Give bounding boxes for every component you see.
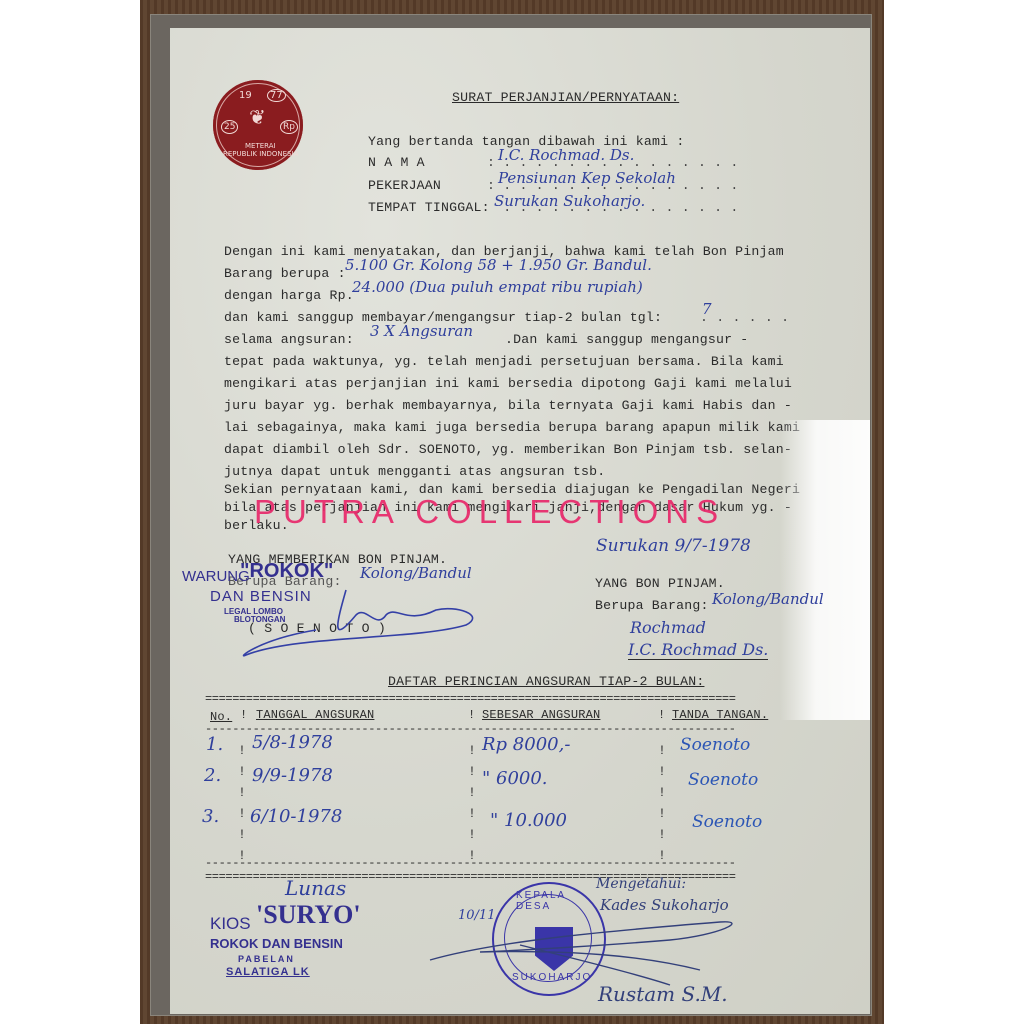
installments-title: DAFTAR PERINCIAN ANGSURAN TIAP-2 BULAN: [388, 674, 704, 689]
row-signature: Soenoto [692, 812, 762, 832]
row-amount: " 6000. [482, 768, 548, 789]
row-signature: Soenoto [680, 735, 750, 755]
kios-signature: Lunas [285, 876, 346, 900]
stamp-text-republik: REPUBLIK INDONESIA [223, 150, 298, 158]
place-date: Surukan 9/7-1978 [596, 536, 751, 556]
borrower-signature: Rochmad [630, 618, 706, 637]
row-no: 3. [202, 806, 219, 827]
row-no: 2. [204, 765, 221, 786]
row-date: 5/8-1978 [252, 732, 333, 753]
col-separator: ! [468, 708, 475, 722]
revenue-stamp-meterai: 19 77 25 Rp ❦ METERAI REPUBLIK INDONESIA [213, 80, 303, 170]
table-rule-top: ========================================… [205, 692, 736, 706]
garuda-emblem-icon: ❦ [249, 105, 266, 129]
body-line-2-label: Barang berupa : [224, 266, 346, 281]
col-separator: ! [240, 708, 247, 722]
field-value-pekerjaan: Pensiunan Kep Sekolah [498, 169, 676, 187]
col-separators: ! ! ! ! ! ! [468, 740, 476, 866]
body-paragraph-line: tepat pada waktunya, yg. telah menjadi p… [224, 354, 784, 369]
stamp-year-right: 77 [267, 89, 286, 102]
stamp-year-left: 19 [239, 90, 252, 101]
body-paragraph-line: juru bayar yg. berhak membayarnya, bila … [224, 398, 792, 413]
watermark: PUTRA COLLECTIONS [254, 493, 725, 531]
kios-label: KIOS [210, 914, 251, 934]
kios-line-3: PABELAN [238, 954, 295, 964]
borrower-goods-label: Berupa Barang: [595, 598, 709, 613]
stamp-currency: Rp [280, 120, 298, 134]
field-label-nama: N A M A [368, 155, 425, 170]
acknowledged-label: Mengetahui: [596, 876, 686, 892]
table-header-signature: TANDA TANGAN. [672, 708, 768, 722]
stamp-value: 25 [221, 120, 238, 134]
body-paragraph-line: lai sebagainya, maka kami juga bersedia … [224, 420, 800, 435]
row-date: 6/10-1978 [250, 806, 342, 827]
row-date: 9/9-1978 [252, 765, 333, 786]
field-dots: . . . . . . [700, 310, 789, 325]
row-amount: " 10.000 [490, 810, 567, 831]
official-name: Rustam S.M. [598, 982, 728, 1006]
row-no: 1. [206, 734, 223, 755]
body-paragraph-line: mengikari atas perjanjian ini kami berse… [224, 376, 792, 391]
row-amount: Rp 8000,- [482, 734, 570, 755]
goods-description: 5.100 Gr. Kolong 58 + 1.950 Gr. Bandul. [345, 256, 652, 274]
stamp-text-meterai: METERAI [245, 142, 276, 150]
kios-line-2: ROKOK DAN BENSIN [210, 936, 343, 951]
price-value: 24.000 (Dua puluh empat ribu rupiah) [352, 278, 643, 296]
table-header-date: TANGGAL ANGSURAN [256, 708, 374, 722]
borrower-goods-value: Kolong/Bandul [712, 590, 824, 608]
warung-stamp-brand: "ROKOK" [240, 560, 333, 583]
body-paragraph-line: jutnya dapat untuk mengganti atas angsur… [224, 464, 605, 479]
borrower-name: I.C. Rochmad Ds. [628, 640, 768, 660]
col-separators: ! ! ! ! ! ! [238, 740, 246, 866]
col-separator: ! [658, 708, 665, 722]
lender-goods-value: Kolong/Bandul [360, 564, 472, 582]
field-label-tempat-tinggal: TEMPAT TINGGAL: [368, 200, 490, 215]
kios-brand: 'SURYO' [256, 900, 361, 930]
table-rule-middle: ----------------------------------------… [205, 856, 736, 870]
row-signature: Soenoto [688, 770, 758, 790]
field-label-pekerjaan: PEKERJAAN [368, 178, 441, 193]
installment-count-value: 3 X Angsuran [370, 322, 473, 340]
body-paragraph-line: dapat diambil oleh Sdr. SOENOTO, yg. mem… [224, 442, 792, 457]
document-title: SURAT PERJANJIAN/PERNYATAAN: [452, 90, 679, 105]
borrower-title: YANG BON PINJAM. [595, 576, 725, 591]
field-value-tempat-tinggal: Surukan Sukoharjo. [494, 192, 645, 210]
body-line-5-label: selama angsuran: [224, 332, 354, 347]
col-separators: ! ! ! ! ! ! [658, 740, 666, 866]
sleeve-glare [780, 420, 870, 720]
field-value-nama: I.C. Rochmad. Ds. [498, 146, 634, 164]
lender-signature-icon [236, 585, 496, 665]
kios-line-4: SALATIGA LK [226, 966, 310, 978]
table-header-amount: SEBESAR ANGSURAN [482, 708, 600, 722]
body-line-3-label: dengan harga Rp. [224, 288, 354, 303]
body-line-5-rest: .Dan kami sanggup mengangsur - [505, 332, 748, 347]
payment-day-value: 7 [702, 300, 712, 318]
